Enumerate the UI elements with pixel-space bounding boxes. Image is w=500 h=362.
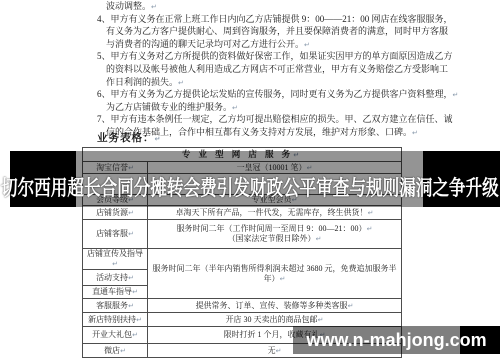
- table-row: 客服服务↵ 提供常务、订单、宣传、装修等多种类客服↵: [83, 299, 402, 313]
- paragraph-mark: ↵: [368, 209, 374, 217]
- row-value: 服务时间二年（工作时间周一至周日 9：00—21：00）↵ （国家法定节假日除外…: [148, 220, 402, 249]
- table-row: 店铺宣传及指导↵ 服务时间二年（半年内销售所得利润未超过 3680 元，免费追加…: [83, 249, 402, 270]
- paragraph-mark: ↵: [280, 275, 286, 283]
- contract-clause-list: 波动调整。↵ 4、甲方有义务在正常上班工作日内向乙方店铺提供 9：00——21：…: [97, 1, 469, 140]
- paragraph-mark: ↵: [276, 347, 282, 355]
- row-value: 卓淘天下所有产品，一件代发，无需库存，终生供货！↵: [148, 206, 402, 220]
- paragraph-mark: ↵: [120, 347, 126, 355]
- row-value-merged: 服务时间二年（半年内销售所得利润未超过 3680 元，免费追加服务半年）↵: [148, 249, 402, 299]
- paragraph-mark: ↵: [412, 129, 418, 137]
- paragraph-mark: ↵: [348, 302, 354, 310]
- row-label: 客服服务↵: [83, 299, 148, 313]
- row-value: 提供常务、订单、宣传、装修等多种类客服↵: [148, 299, 402, 313]
- clause-line: 5、甲方有义务对乙方所提供的资料做好保密工作，如果证实因甲方的单方面原因造成乙方: [97, 51, 469, 64]
- paragraph-mark: ↵: [367, 225, 373, 233]
- clause-line: 有义务为乙方客户提供耐心、周到咨询服务，并且要保障消费者的满意，同时甲方客服: [97, 26, 469, 39]
- paragraph-mark: ↵: [151, 3, 157, 11]
- paragraph-mark: ↵: [136, 316, 142, 324]
- paragraph-mark: ↵: [132, 288, 138, 296]
- clause-line: 的资料以及帐号被他人利用造成乙方网店不可正常营业，甲方有义务赔偿乙方受影响工: [97, 64, 469, 77]
- clause-line: 为乙方店铺做专业的维护服务。↵: [97, 102, 469, 115]
- table-row: 店铺货源↵ 卓淘天下所有产品，一件代发，无需库存，终生供货！↵: [83, 206, 402, 220]
- paragraph-mark: ↵: [112, 260, 118, 268]
- paragraph-mark: ↵: [453, 91, 459, 99]
- table-row: 店铺客服↵ 服务时间二年（工作时间周一至周日 9：00—21：00）↵ （国家法…: [83, 220, 402, 249]
- document-page: 波动调整。↵ 4、甲方有义务在正常上班工作日内向乙方店铺提供 9：00——21：…: [0, 0, 500, 362]
- watermark-text: www.n-mahjong.com: [293, 326, 500, 354]
- headline-overlay-text: 切尔西用超长合同分摊转会费引发财政公平审查与规则漏洞之争升级: [1, 172, 500, 196]
- clause-line: 6、甲方有义务为乙方提供论坛发贴的宣传服务，同时更有义务为乙方提供客户资料整理，…: [97, 89, 469, 102]
- paragraph-mark: ↵: [128, 230, 134, 238]
- paragraph-mark: ↵: [316, 235, 322, 243]
- paragraph-mark: ↵: [132, 331, 138, 339]
- row-label: 店铺货源↵: [83, 206, 148, 220]
- paragraph-mark: ↵: [304, 41, 310, 49]
- row-label: 店铺宣传及指导↵: [83, 249, 148, 270]
- paragraph-mark: ↵: [232, 104, 238, 112]
- table-row: 新店特别扶持↵ 开店 30 天卖出的商品包邮↵: [83, 313, 402, 327]
- row-label: 活动支持↵: [83, 270, 148, 286]
- paragraph-mark: ↵: [128, 209, 134, 217]
- clause-line: 波动调整。↵: [97, 1, 469, 14]
- row-label: 微店↵: [83, 344, 148, 358]
- clause-line: 作日利润的损失。↵: [97, 77, 469, 90]
- paragraph-mark: ↵: [128, 274, 134, 282]
- paragraph-mark: ↵: [128, 302, 134, 310]
- clause-line: 7、甲方有违本条例任一规定，乙方均可提出赔偿相应的损失。甲、乙双方建立在信任、诚: [97, 114, 469, 127]
- row-label: 直通车指导↵: [83, 286, 148, 299]
- paragraph-mark: ↵: [178, 79, 184, 87]
- paragraph-mark: ↵: [155, 135, 162, 143]
- row-label: 新店特别扶持↵: [83, 313, 148, 327]
- clause-line: 与消费者的沟通的聊天记录均可对乙方进行公开。↵: [97, 39, 469, 52]
- row-label: 店铺客服↵: [83, 220, 148, 249]
- section-label: 业务表格：↵: [97, 130, 161, 145]
- clause-line: 4、甲方有义务在正常上班工作日内向乙方店铺提供 9：00——21：00 网店在线…: [97, 14, 469, 27]
- row-value: 开店 30 天卖出的商品包邮↵: [148, 313, 402, 327]
- row-label: 开业大礼包↵: [83, 327, 148, 344]
- paragraph-mark: ↵: [318, 316, 324, 324]
